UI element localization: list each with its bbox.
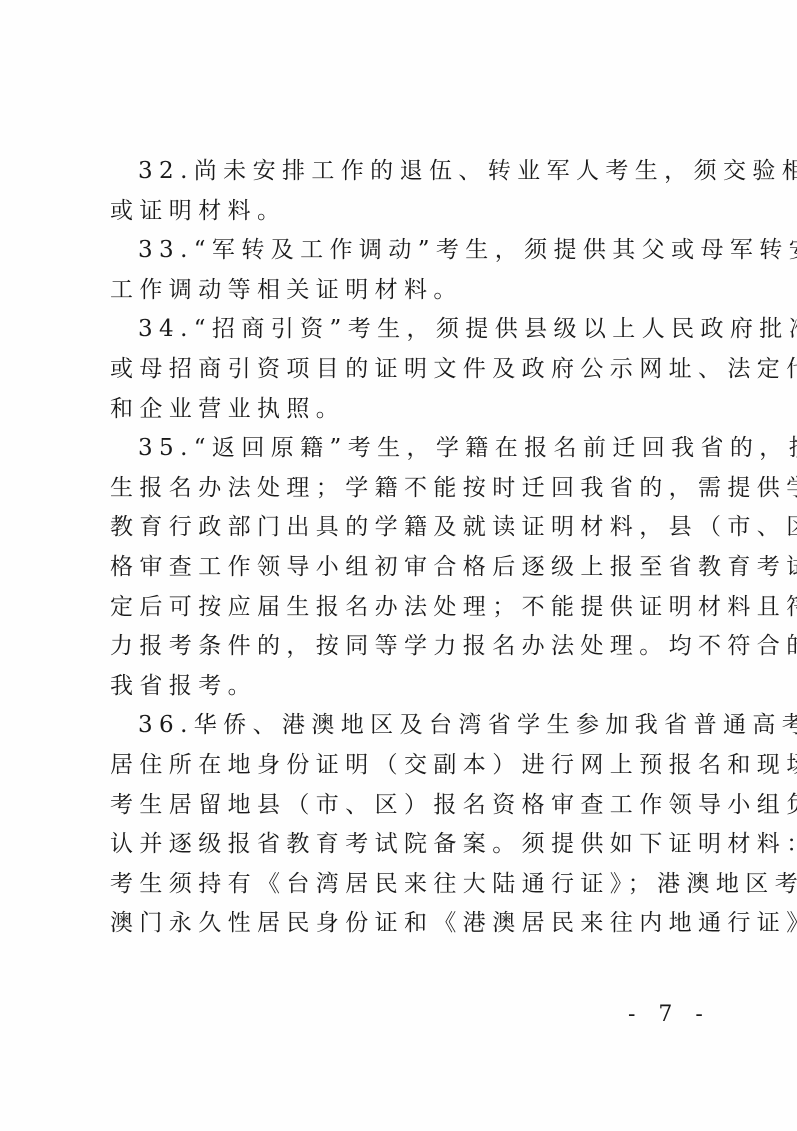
text-line: 33.“军转及工作调动”考生，须提供其父或母军转安置、 [110, 231, 702, 271]
document-page: 32.尚未安排工作的退伍、转业军人考生，须交验相关证件 或证明材料。 33.“军… [0, 0, 797, 1131]
text-line: 澳门永久性居民身份证和《港澳居民来往内地通行证》（两者不 [110, 904, 702, 944]
paragraph-item-34: 34.“招商引资”考生，须提供县级以上人民政府批准其父 或母招商引资项目的证明文… [110, 310, 702, 429]
paragraph-item-35: 35.“返回原籍”考生，学籍在报名前迁回我省的，按应届 生报名办法处理；学籍不能… [110, 429, 702, 706]
text-line: 生报名办法处理；学籍不能按时迁回我省的，需提供学籍所在地 [110, 469, 702, 509]
text-line: 认并逐级报省教育考试院备案。须提供如下证明材料：台湾地区 [110, 825, 702, 865]
text-line: 居住所在地身份证明（交副本）进行网上预报名和现场确认，由 [110, 746, 702, 786]
document-body: 32.尚未安排工作的退伍、转业军人考生，须交验相关证件 或证明材料。 33.“军… [110, 152, 702, 944]
text-line: 35.“返回原籍”考生，学籍在报名前迁回我省的，按应届 [110, 429, 702, 469]
paragraph-item-33: 33.“军转及工作调动”考生，须提供其父或母军转安置、 工作调动等相关证明材料。 [110, 231, 702, 310]
text-line: 工作调动等相关证明材料。 [110, 271, 702, 311]
text-line: 考生须持有《台湾居民来往大陆通行证》；港澳地区考生持香港、 [110, 865, 702, 905]
text-line: 或母招商引资项目的证明文件及政府公示网址、法定代表人证书 [110, 350, 702, 390]
text-line: 考生居留地县（市、区）报名资格审查工作领导小组负责审核确 [110, 786, 702, 826]
text-line: 力报考条件的，按同等学力报名办法处理。均不符合的，不予在 [110, 627, 702, 667]
text-line: 34.“招商引资”考生，须提供县级以上人民政府批准其父 [110, 310, 702, 350]
page-number: - 7 - [628, 1002, 711, 1027]
paragraph-item-36: 36.华侨、港澳地区及台湾省学生参加我省普通高考的，凭 居住所在地身份证明（交副… [110, 706, 702, 944]
text-line: 或证明材料。 [110, 192, 702, 232]
text-line: 我省报考。 [110, 667, 702, 707]
paragraph-item-32: 32.尚未安排工作的退伍、转业军人考生，须交验相关证件 或证明材料。 [110, 152, 702, 231]
text-line: 教育行政部门出具的学籍及就读证明材料，县（市、区）报名资 [110, 508, 702, 548]
text-line: 32.尚未安排工作的退伍、转业军人考生，须交验相关证件 [110, 152, 702, 192]
text-line: 36.华侨、港澳地区及台湾省学生参加我省普通高考的，凭 [110, 706, 702, 746]
text-line: 格审查工作领导小组初审合格后逐级上报至省教育考试院，经审 [110, 548, 702, 588]
text-line: 定后可按应届生报名办法处理；不能提供证明材料且符合同等学 [110, 588, 702, 628]
text-line: 和企业营业执照。 [110, 390, 702, 430]
